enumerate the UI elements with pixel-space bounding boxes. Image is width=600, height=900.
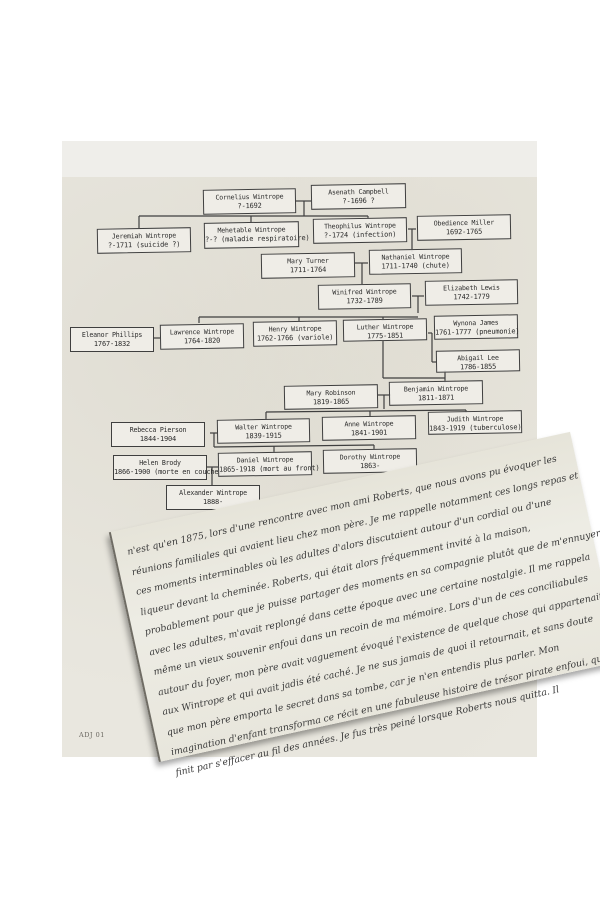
tree-node-asenath: Asenath Campbell ?-1696 ? (311, 183, 406, 210)
node-dates: 1732-1789 (319, 296, 410, 306)
tree-node-henry: Henry Wintrope 1762-1766 (variole) (253, 320, 337, 346)
node-name: Rebecca Pierson (112, 426, 204, 435)
tree-node-luther: Luther Wintrope 1775-1851 (343, 318, 427, 341)
node-dates: 1764-1820 (161, 336, 243, 346)
node-dates: 1839-1915 (218, 431, 309, 441)
node-dates: 1775-1851 (344, 331, 426, 341)
page-folio: ADJ 01 (79, 731, 105, 739)
node-dates: ?-1711 (suicide ?) (98, 240, 190, 250)
tree-node-judith: Judith Wintrope 1843-1919 (tuberculose) (428, 410, 522, 435)
tree-node-benjamin: Benjamin Wintrope 1811-1871 (389, 380, 483, 406)
node-dates: 1811-1871 (390, 393, 482, 403)
node-name: Helen Brody (114, 459, 206, 468)
node-dates: 1866-1900 (morte en couches) (114, 468, 206, 477)
node-dates: 1711-1740 (chute) (370, 261, 461, 271)
node-dates: ?-1696 ? (312, 196, 405, 206)
tree-node-anne: Anne Wintrope 1841-1901 (322, 415, 416, 441)
node-name: Alexander Wintrope (167, 489, 259, 498)
node-dates: 1786-1855 (437, 362, 519, 372)
node-dates: ?-1692 (204, 201, 295, 211)
node-dates: 1841-1901 (323, 428, 415, 438)
node-dates: 1761-1777 (pneumonie) (435, 327, 517, 337)
tree-node-mehetable: Mehetable Wintrope ?-? (maladie respirat… (204, 221, 299, 249)
tree-node-cornelius: Cornelius Wintrope ?-1692 (203, 188, 296, 215)
tree-node-theophilus: Theophilus Wintrope ?-1724 (infection) (313, 217, 407, 244)
tree-node-eleanor: Eleanor Phillips 1767-1832 (70, 327, 154, 352)
node-dates: 1692-1765 (418, 227, 510, 237)
tree-node-rebecca: Rebecca Pierson 1844-1904 (111, 422, 205, 447)
node-dates: 1762-1766 (variole) (254, 333, 336, 343)
node-dates: 1843-1919 (tuberculose) (429, 423, 521, 433)
node-dates: 1844-1904 (112, 435, 204, 444)
tree-node-daniel: Daniel Wintrope 1865-1918 (mort au front… (218, 451, 312, 477)
node-dates: ?-? (maladie respiratoire) (205, 234, 298, 244)
tree-node-obedience: Obedience Miller 1692-1765 (417, 214, 511, 241)
tree-node-mary-robinson: Mary Robinson 1819-1865 (284, 384, 378, 410)
tree-node-abigail: Abigail Lee 1786-1855 (436, 349, 520, 372)
node-dates: 1742-1779 (426, 292, 517, 302)
tree-node-winifred: Winifred Wintrope 1732-1789 (318, 283, 411, 310)
tree-node-walter: Walter Wintrope 1839-1915 (217, 418, 310, 444)
node-name: Winifred Wintrope (319, 287, 410, 297)
node-name: Cornelius Wintrope (204, 192, 295, 202)
tree-node-mary-turner: Mary Turner 1711-1764 (261, 252, 355, 279)
node-dates: 1819-1865 (285, 397, 377, 407)
tree-node-helen: Helen Brody 1866-1900 (morte en couches) (113, 455, 207, 480)
node-dates: 1711-1764 (262, 265, 354, 275)
tree-node-lawrence: Lawrence Wintrope 1764-1820 (160, 323, 244, 349)
tree-node-elizabeth: Elizabeth Lewis 1742-1779 (425, 279, 518, 306)
node-dates: 1865-1918 (mort au front) (219, 464, 311, 474)
node-dates: ?-1724 (infection) (314, 230, 406, 240)
tree-node-jeremiah: Jeremiah Wintrope ?-1711 (suicide ?) (97, 227, 191, 254)
tree-node-nathaniel: Nathaniel Wintrope 1711-1740 (chute) (369, 248, 462, 275)
tree-node-wynona: Wynona James 1761-1777 (pneumonie) (434, 314, 518, 339)
node-dates: 1767-1832 (71, 340, 153, 349)
node-name: Eleanor Phillips (71, 331, 153, 340)
node-name: Lawrence Wintrope (161, 327, 243, 337)
